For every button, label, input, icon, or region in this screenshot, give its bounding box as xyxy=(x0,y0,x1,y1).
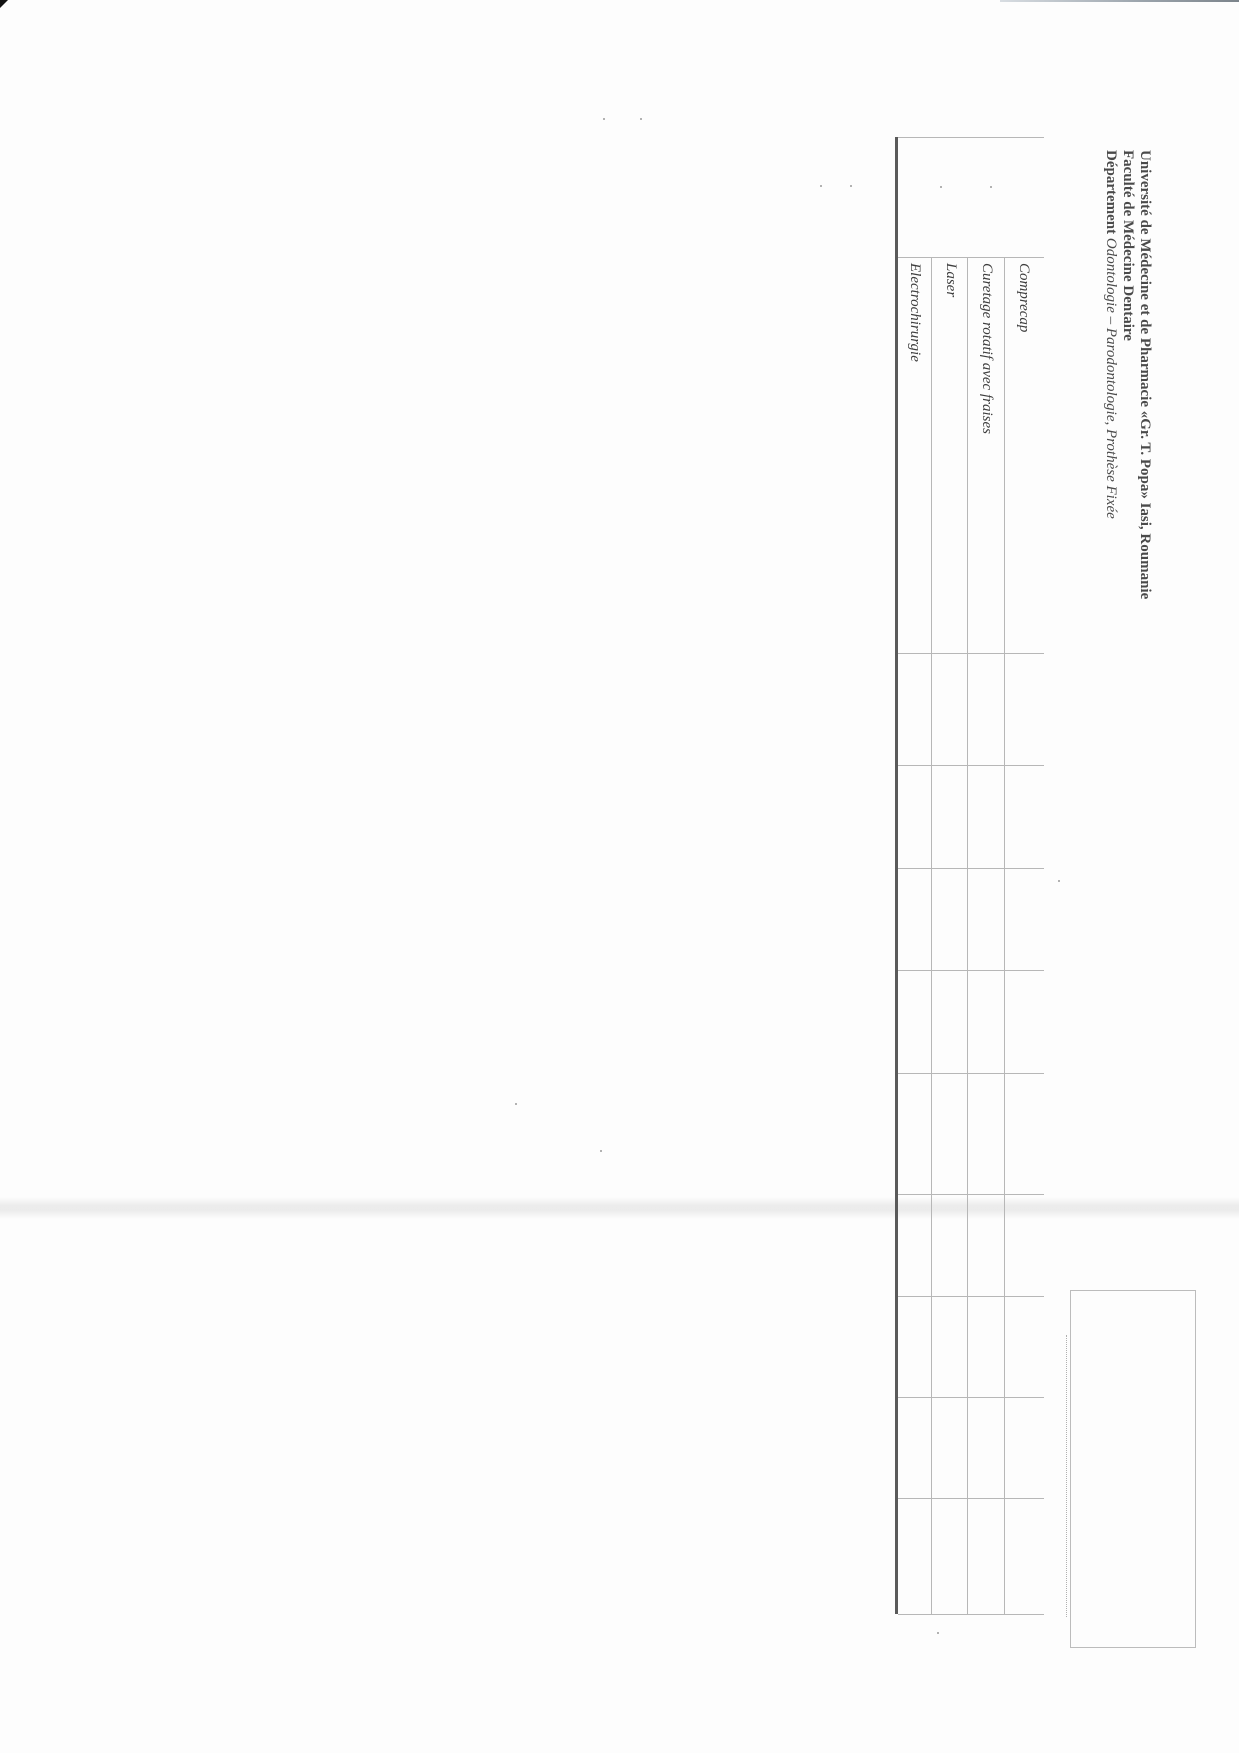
row-label-curetage: Curetage rotatif avec fraises xyxy=(979,263,994,434)
table-border-thick xyxy=(895,137,898,1614)
column-divider xyxy=(898,1397,1044,1398)
row-divider xyxy=(967,257,968,1614)
row-label-electrochirurgie: Electrochirurgie xyxy=(907,263,922,362)
signature-box xyxy=(1070,1290,1196,1648)
row-divider xyxy=(931,257,932,1614)
row-label-comprecap: Comprecap xyxy=(1016,263,1031,332)
signature-dotted-line xyxy=(1066,1335,1067,1617)
column-divider xyxy=(898,970,1044,971)
column-divider xyxy=(898,1194,1044,1195)
column-divider xyxy=(898,257,1044,258)
column-divider xyxy=(898,868,1044,869)
table-border-top xyxy=(898,137,1044,138)
column-divider xyxy=(898,1296,1044,1297)
table-border-bottom xyxy=(898,1614,1044,1615)
column-divider xyxy=(898,765,1044,766)
row-label-laser: Laser xyxy=(943,263,958,297)
column-divider xyxy=(898,1073,1044,1074)
procedures-table: Comprecap Curetage rotatif avec fraises … xyxy=(0,0,1239,1753)
column-divider xyxy=(898,1498,1044,1499)
row-divider xyxy=(1004,257,1005,1614)
column-divider xyxy=(898,653,1044,654)
